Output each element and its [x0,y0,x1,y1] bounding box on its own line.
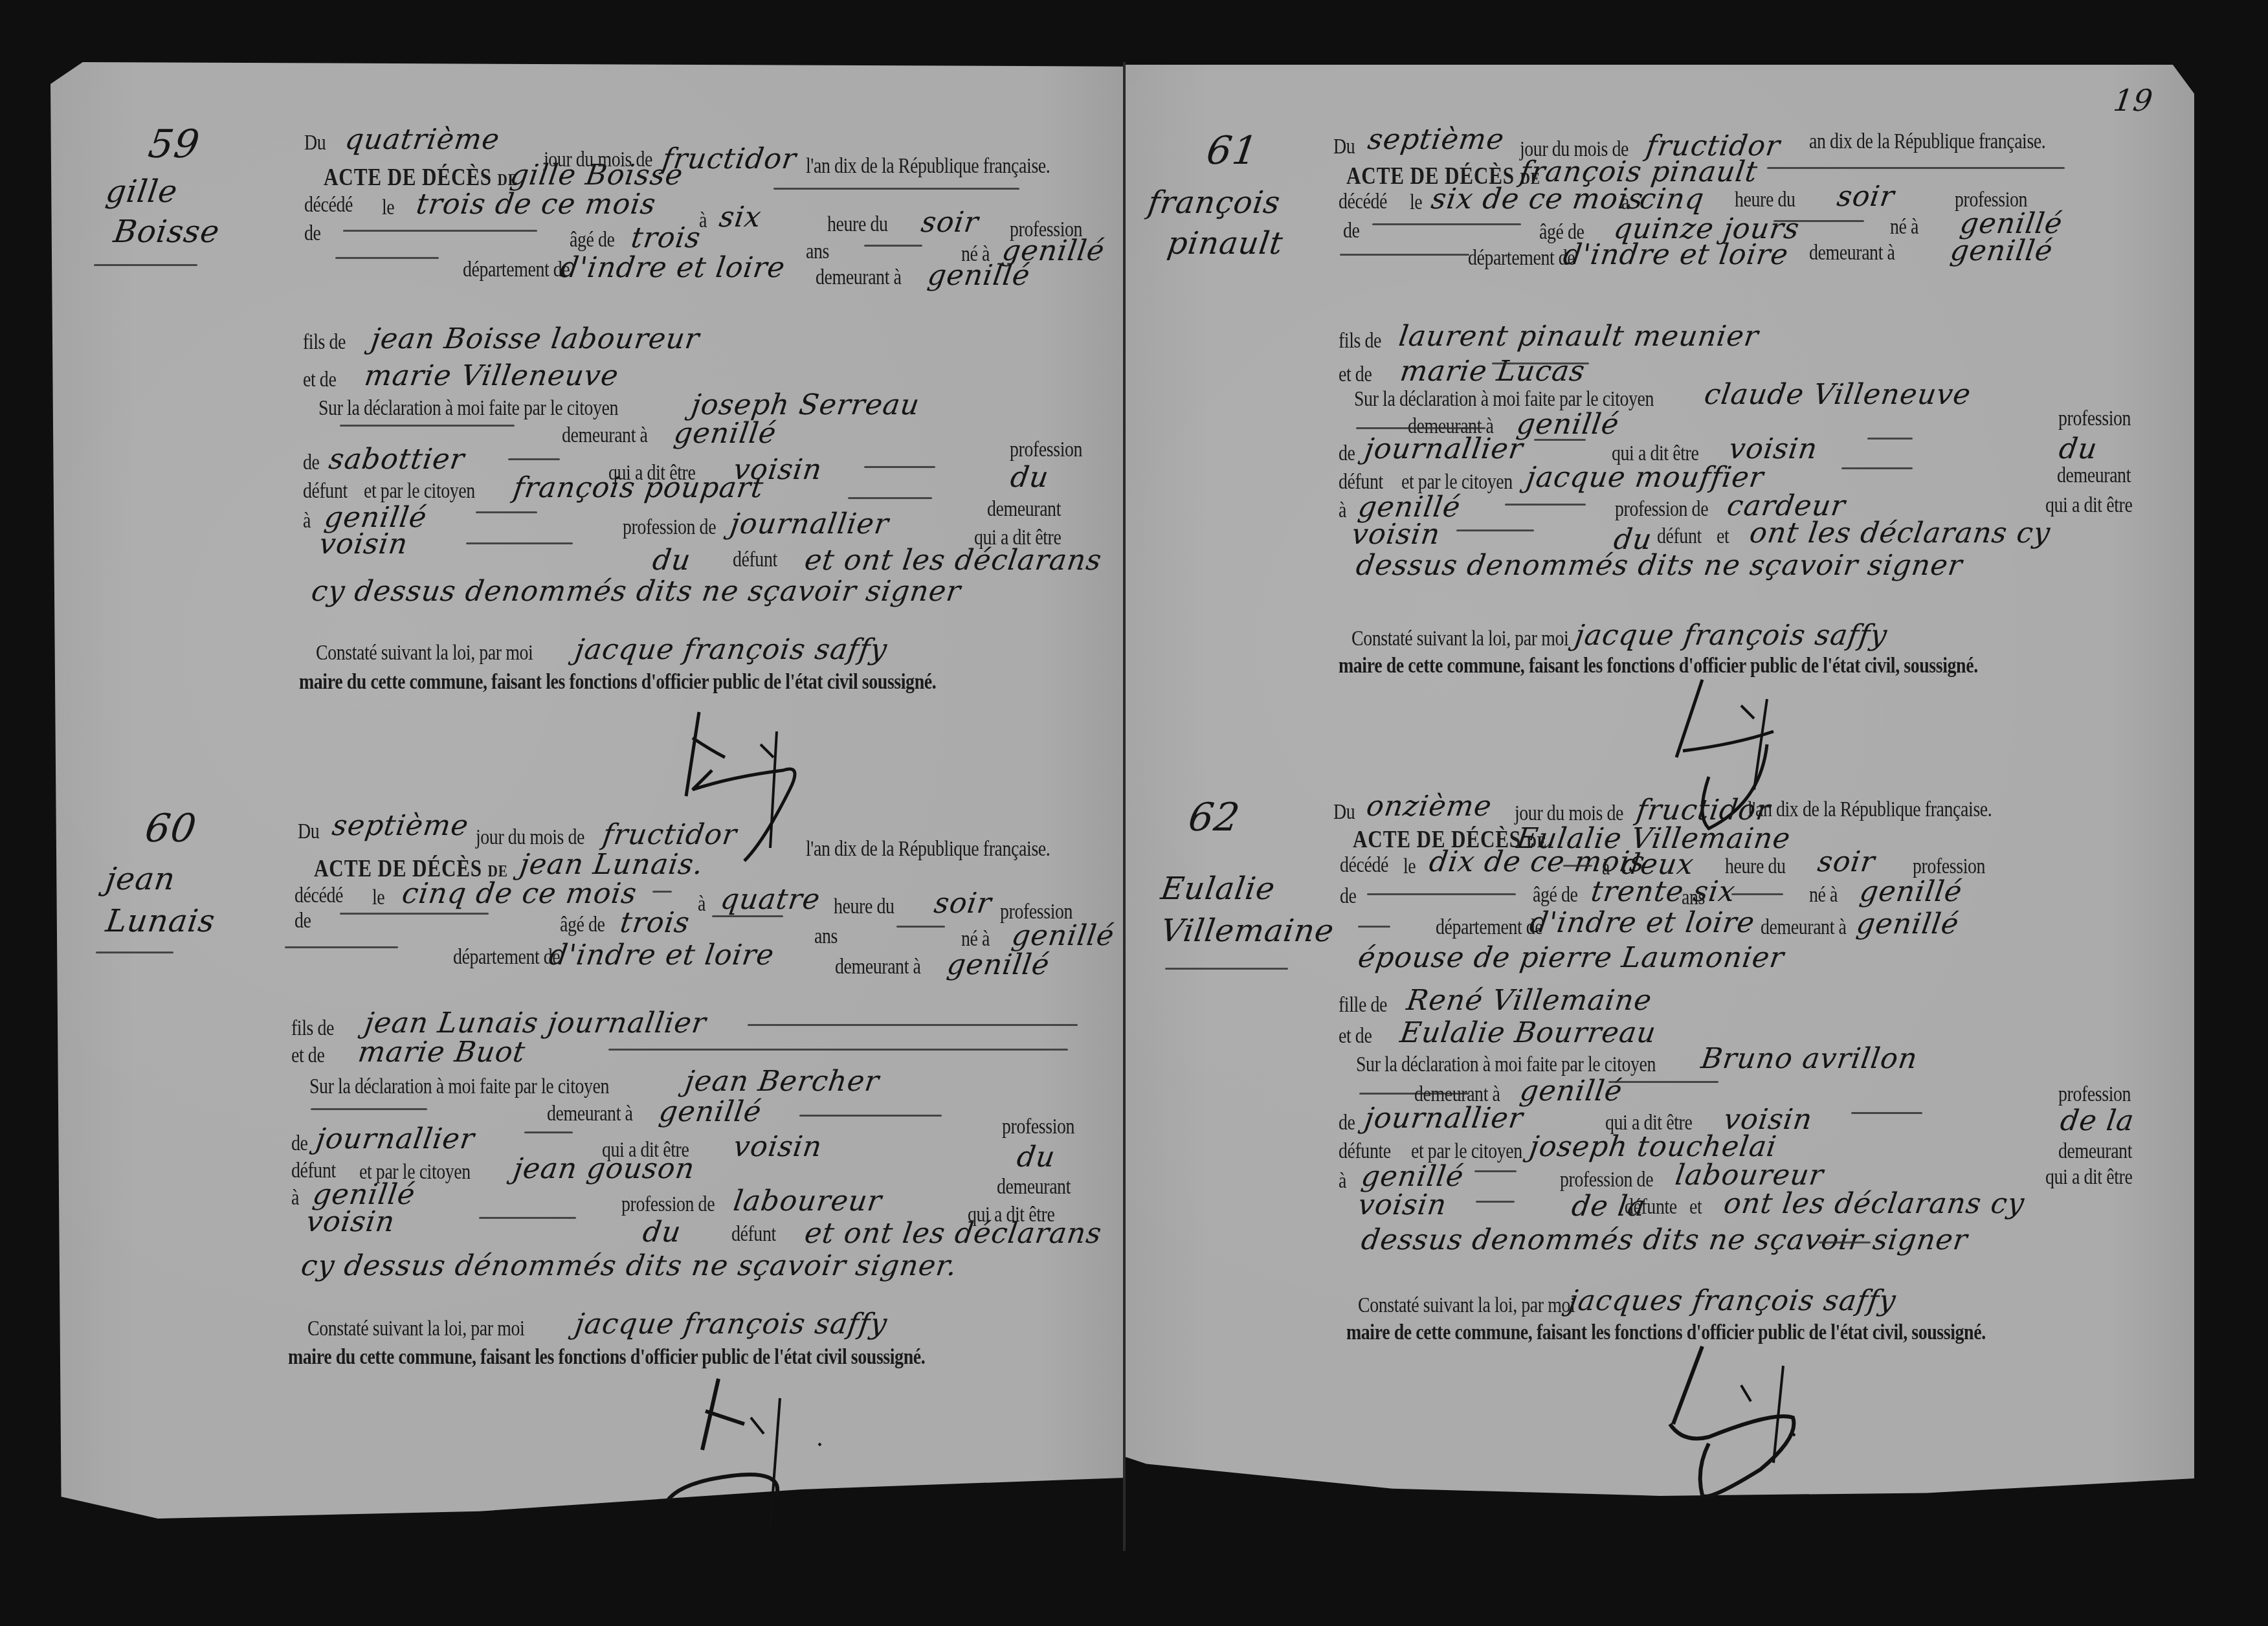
age-value: trois [618,906,692,939]
mother-value: Eulalie Bourreau [1398,1016,1658,1049]
label-demeurant-a: demeurant à [1761,915,1846,940]
label-de: de [1343,219,1359,243]
label-fils-de: fils de [303,330,346,355]
residence-value: genillé [945,948,1052,981]
label-de-2: de [1339,1111,1355,1135]
closing-line-2: dessus denommés dits ne sçavoir signer [1359,1223,1970,1256]
label-fils-de: fils de [291,1016,334,1041]
father-value: René Villemaine [1405,984,1654,1017]
declarant1-relation: voisin [731,1130,825,1163]
label-a-2: à [1339,498,1346,523]
declarant1-of: du [1008,461,1051,494]
margin-name-first: jean [104,861,178,897]
label-le: le [372,885,384,910]
time-of-day: soir [919,206,981,239]
label-a: à [698,892,706,917]
record-number: 60 [142,806,199,851]
born-at: genillé [1010,919,1117,952]
time-of-day: soir [1816,845,1877,878]
label-demeurant-a-2: demeurant à [562,423,647,448]
label-decede: décédé [1340,853,1388,878]
label-ne-a: né à [1890,215,1918,239]
closing-line-1: ont les déclarans cy [1748,517,2052,550]
mother-value: marie Buot [356,1036,528,1069]
label-ans: ans [814,924,838,949]
label-defunte-2: défunte [1625,1195,1677,1219]
label-demeurant-a-2: demeurant à [547,1102,632,1126]
label-de: de [295,909,311,933]
margin-name-first: Eulalie [1159,871,1278,907]
time-of-day: soir [932,887,994,920]
label-a: à [1621,190,1629,215]
label-de-2: de [291,1131,307,1156]
label-an-dix: l'an dix de la République française. [806,837,1050,862]
declarant1-residence: genillé [672,417,779,450]
label-constate: Constaté suivant la loi, par moi [1351,627,1568,651]
label-demeurant-a: demeurant à [816,265,901,290]
spouse-line: épouse de pierre Laumonier [1356,941,1786,974]
death-day: cinq de ce mois [400,877,639,910]
label-le: le [1403,854,1416,879]
declarant1-name: claude Villeneuve [1702,378,1973,411]
label-et-de: et de [1339,1024,1372,1049]
label-defunt: défunt [303,479,348,504]
death-day: dix de ce mois [1427,845,1647,878]
signature-62 [1644,1340,1890,1508]
age-value: trente six [1589,875,1737,908]
label-et: et [1717,524,1729,549]
day-value: septième [330,809,471,842]
label-le: le [1410,190,1422,215]
label-a-2: à [1339,1169,1346,1194]
death-day: trois de ce mois [414,188,658,221]
label-de: de [1340,884,1356,909]
declarant2-relation: voisin [317,528,410,561]
officer-name: jacque françois saffy [573,633,889,666]
day-value: quatrième [343,123,502,156]
label-profession-de: profession de [1560,1168,1653,1192]
margin-name-last: Lunais [104,903,217,939]
declarant1-name: Bruno avrillon [1699,1042,1920,1075]
father-value: jean Lunais journallier [362,1007,709,1040]
declarant1-profession: journallier [1362,1102,1526,1135]
declarant1-of: du [2057,432,2100,465]
label-defunt-2: défunt [1657,524,1702,549]
label-jour-du-mois: jour du mois de [476,825,584,850]
label-de: de [304,221,320,246]
mother-value: marie Villeneuve [362,359,621,392]
record-number: 62 [1186,795,1243,840]
father-value: laurent pinault meunier [1397,320,1761,353]
death-hour: quatre [718,883,823,916]
folio-number: 19 [2111,83,2155,118]
label-demeurant-a: demeurant à [835,955,920,979]
record-number: 61 [1204,128,1261,173]
label-constate: Constaté suivant la loi, par moi [307,1317,524,1341]
label-an-dix: l'an dix de la République française. [806,154,1050,179]
label-constate: Constaté suivant la loi, par moi [1358,1293,1575,1318]
label-heure-du: heure du [1735,188,1795,212]
father-value: jean Boisse laboureur [369,322,702,355]
margin-name-last: pinault [1165,225,1285,262]
label-du: Du [304,131,326,155]
declarant2-name: jean gouson [511,1152,697,1185]
time-of-day: soir [1835,180,1896,213]
day-value: septième [1366,123,1507,156]
declarant1-profession: journallier [1362,432,1526,465]
label-decede: décédé [295,884,343,908]
label-demeurant: demeurant [2058,1139,2132,1164]
label-demeurant: demeurant [2057,463,2131,488]
departement-value: d'indre et loire [558,251,787,284]
closing-line-1: et ont les déclarans [803,544,1104,577]
margin-name-last: Boisse [111,214,222,250]
label-heure-du: heure du [834,895,894,919]
label-a-2: à [303,509,311,533]
residence-value: genillé [1948,234,2055,267]
label-et: et [1689,1195,1702,1219]
declarant1-residence: genillé [657,1095,764,1128]
officer-name: jacque françois saffy [573,1308,889,1341]
mother-value: marie Lucas [1398,355,1587,388]
record-number: 59 [146,122,203,167]
label-profession-de: profession de [1615,497,1708,522]
departement-value: d'indre et loire [1561,238,1790,271]
label-et-de: et de [1339,362,1372,387]
label-et-par-le-citoyen: et par le citoyen [364,479,475,504]
label-du: Du [1333,135,1355,159]
label-departement: département de [1436,915,1542,940]
departement-value: d'indre et loire [547,939,776,972]
label-heure-du: heure du [827,212,887,237]
label-profession-de: profession de [621,1192,715,1217]
declarant1-of: du [1015,1141,1058,1174]
margin-name-first: françois [1146,184,1283,221]
label-sur-la-declaration: Sur la déclaration à moi faite par le ci… [318,396,618,421]
label-ans: ans [806,239,829,264]
label-demeurant-a: demeurant à [1809,241,1895,265]
label-departement: département de [453,945,560,970]
label-le: le [382,195,394,220]
closing-line-2: cy dessus dénommés dits ne sçavoir signe… [299,1249,959,1282]
label-du: Du [1333,800,1355,825]
officer-name: jacque françois saffy [1573,619,1889,652]
residence-value: genillé [1854,908,1961,941]
label-fils-de: fils de [1339,329,1381,353]
label-departement: département de [1468,246,1575,271]
label-defunt-2: défunt [731,1222,776,1247]
label-an-dix: an dix de la République française. [1809,129,2045,154]
label-maire: maire du cette commune, faisant les fonc… [288,1345,925,1370]
label-de-2: de [1339,441,1355,466]
label-age-de: âgé de [1533,883,1578,908]
book-gutter [1123,62,1126,1551]
label-demeurant: demeurant [987,497,1061,522]
declarant1-residence: genillé [1518,1075,1625,1108]
label-ne-a: né à [1809,883,1838,908]
label-profession-2: profession [2058,1082,2131,1107]
death-day: six de ce mois [1429,183,1645,216]
label-an-dix: l'an dix de la République française. [1748,797,1992,822]
declarant2-relation: voisin [1356,1188,1449,1221]
death-hour: six [717,201,764,234]
day-value: onzième [1364,790,1494,823]
officer-name: jacques françois saffy [1566,1284,1898,1317]
closing-line-2: cy dessus denommés dits ne sçavoir signe… [309,575,963,608]
label-defunt-2: défunt [733,548,777,572]
declarant2-of: du [650,544,693,577]
declarant2-profession: journallier [728,507,891,540]
label-decede: décédé [304,193,353,217]
label-a-2: à [291,1186,299,1210]
closing-line-1: et ont les déclarans [803,1217,1104,1250]
declarant2-profession: laboureur [731,1185,884,1218]
label-qui-a-dit-etre-2: qui a dit être [2045,493,2132,518]
declarant2-name: françois poupart [511,471,766,504]
deceased-name: gille Boisse [508,159,685,192]
margin-name-last: Villemaine [1159,913,1337,949]
label-maire: maire du cette commune, faisant les fonc… [299,670,936,695]
label-profession-2: profession [2058,406,2131,431]
deceased-name: jean Lunais. [518,848,706,881]
label-et-de: et de [291,1043,324,1068]
label-age-de: âgé de [570,228,615,252]
margin-name-first: gille [104,173,180,210]
label-et-de: et de [303,368,336,392]
label-fille-de: fille de [1339,993,1387,1018]
label-qui-a-dit-etre-2: qui a dit être [2045,1165,2132,1190]
declarant1-of: de la [2058,1104,2137,1137]
declarant2-relation: voisin [304,1205,397,1238]
signature-60 [654,1372,900,1541]
declarant1-residence: genillé [1515,408,1621,441]
closing-line-2: dessus denommés dits ne sçavoir signer [1354,549,1964,582]
born-at: genillé [1858,875,1964,908]
label-constate: Constaté suivant la loi, par moi [316,641,533,665]
label-sur-la-declaration: Sur la déclaration à moi faite par le ci… [309,1075,609,1099]
label-departement: département de [463,258,570,282]
declarant1-name: jean Bercher [683,1065,882,1098]
label-profession-2: profession [1010,438,1082,462]
label-profession-de: profession de [623,515,716,540]
residence-value: genillé [926,259,1032,292]
label-profession-2: profession [1002,1115,1074,1139]
age-value: trois [629,221,703,254]
declarant1-profession: sabottier [327,443,467,476]
departement-value: d'indre et loire [1528,906,1757,939]
label-age-de: âgé de [560,913,605,937]
label-de-2: de [303,451,319,475]
label-sur-la-declaration: Sur la déclaration à moi faite par le ci… [1356,1052,1656,1077]
declarant2-of: du [641,1216,684,1249]
month-value: fructidor [601,818,739,851]
declarant2-relation: voisin [1350,518,1443,551]
closing-line-1: ont les déclarans cy [1722,1187,2027,1220]
label-decede: décédé [1339,190,1387,214]
label-du: Du [298,819,319,844]
death-hour: cinq [1638,183,1706,216]
declarant1-profession: journallier [314,1122,477,1155]
label-demeurant: demeurant [997,1175,1071,1199]
